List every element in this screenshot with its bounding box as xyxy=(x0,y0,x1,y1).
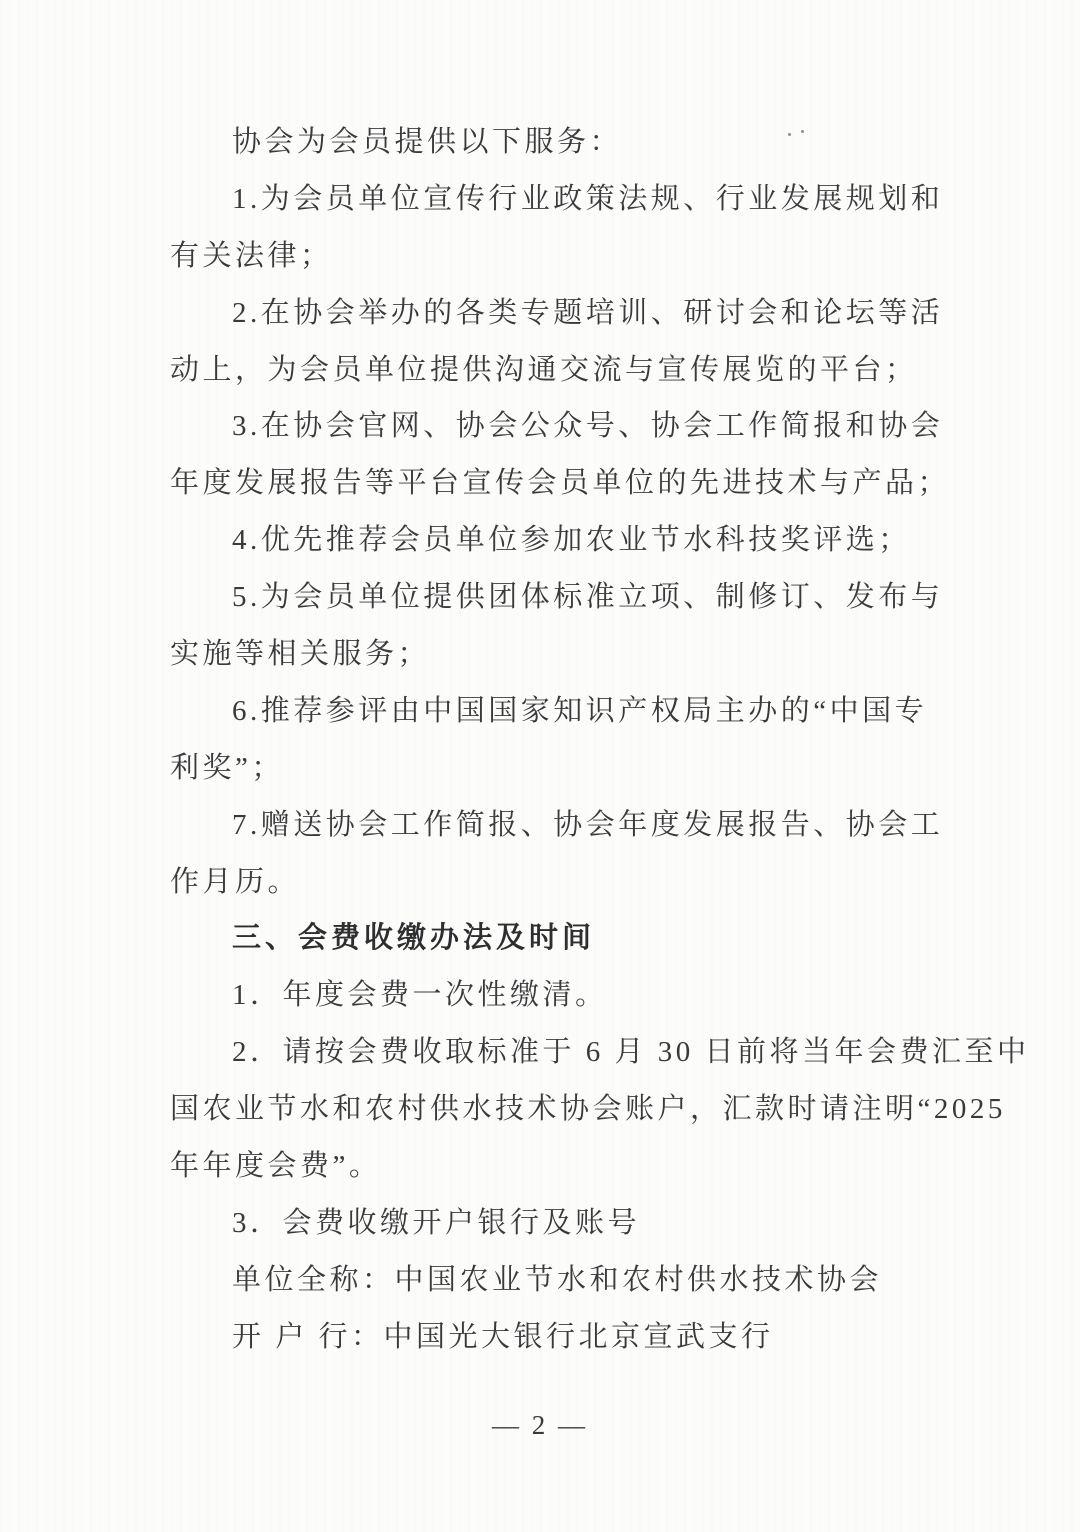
document-page: 协会为会员提供以下服务：1.为会员单位宣传行业政策法规、行业发展规划和有关法律；… xyxy=(0,0,1080,1532)
text-line: 6.推荐参评由中国国家知识产权局主办的“中国专 xyxy=(170,683,945,740)
text-line: 1.为会员单位宣传行业政策法规、行业发展规划和 xyxy=(170,171,945,228)
text-line: 年度发展报告等平台宣传会员单位的先进技术与产品； xyxy=(170,455,945,512)
text-line: 7.赠送协会工作简报、协会年度发展报告、协会工 xyxy=(170,797,945,854)
page-number: — 2 — xyxy=(0,1410,1080,1441)
text-line: 动上，为会员单位提供沟通交流与宣传展览的平台； xyxy=(170,342,945,399)
text-line: 实施等相关服务； xyxy=(170,626,945,683)
text-line: 单位全称：中国农业节水和农村供水技术协会 xyxy=(170,1252,945,1309)
text-line: 作月历。 xyxy=(170,854,945,911)
text-line: 3.在协会官网、协会公众号、协会工作简报和协会 xyxy=(170,398,945,455)
text-line: 2．请按会费收取标准于 6 月 30 日前将当年会费汇至中 xyxy=(170,1024,945,1081)
text-line: 3．会费收缴开户银行及账号 xyxy=(170,1195,945,1252)
text-line: 年年度会费”。 xyxy=(170,1138,945,1195)
text-line: 国农业节水和农村供水技术协会账户，汇款时请注明“2025 xyxy=(170,1081,945,1138)
text-line: 协会为会员提供以下服务： xyxy=(170,114,945,171)
text-line: 5.为会员单位提供团体标准立项、制修订、发布与 xyxy=(170,569,945,626)
text-line: 三、会费收缴办法及时间 xyxy=(170,910,945,967)
text-line: 有关法律； xyxy=(170,228,945,285)
text-line: 利奖”； xyxy=(170,740,945,797)
text-line: 2.在协会举办的各类专题培训、研讨会和论坛等活 xyxy=(170,285,945,342)
text-line: 4.优先推荐会员单位参加农业节水科技奖评选； xyxy=(170,512,945,569)
document-body: 协会为会员提供以下服务：1.为会员单位宣传行业政策法规、行业发展规划和有关法律；… xyxy=(170,114,945,1366)
text-line: 开 户 行：中国光大银行北京宣武支行 xyxy=(170,1309,945,1366)
text-line: 1．年度会费一次性缴清。 xyxy=(170,967,945,1024)
